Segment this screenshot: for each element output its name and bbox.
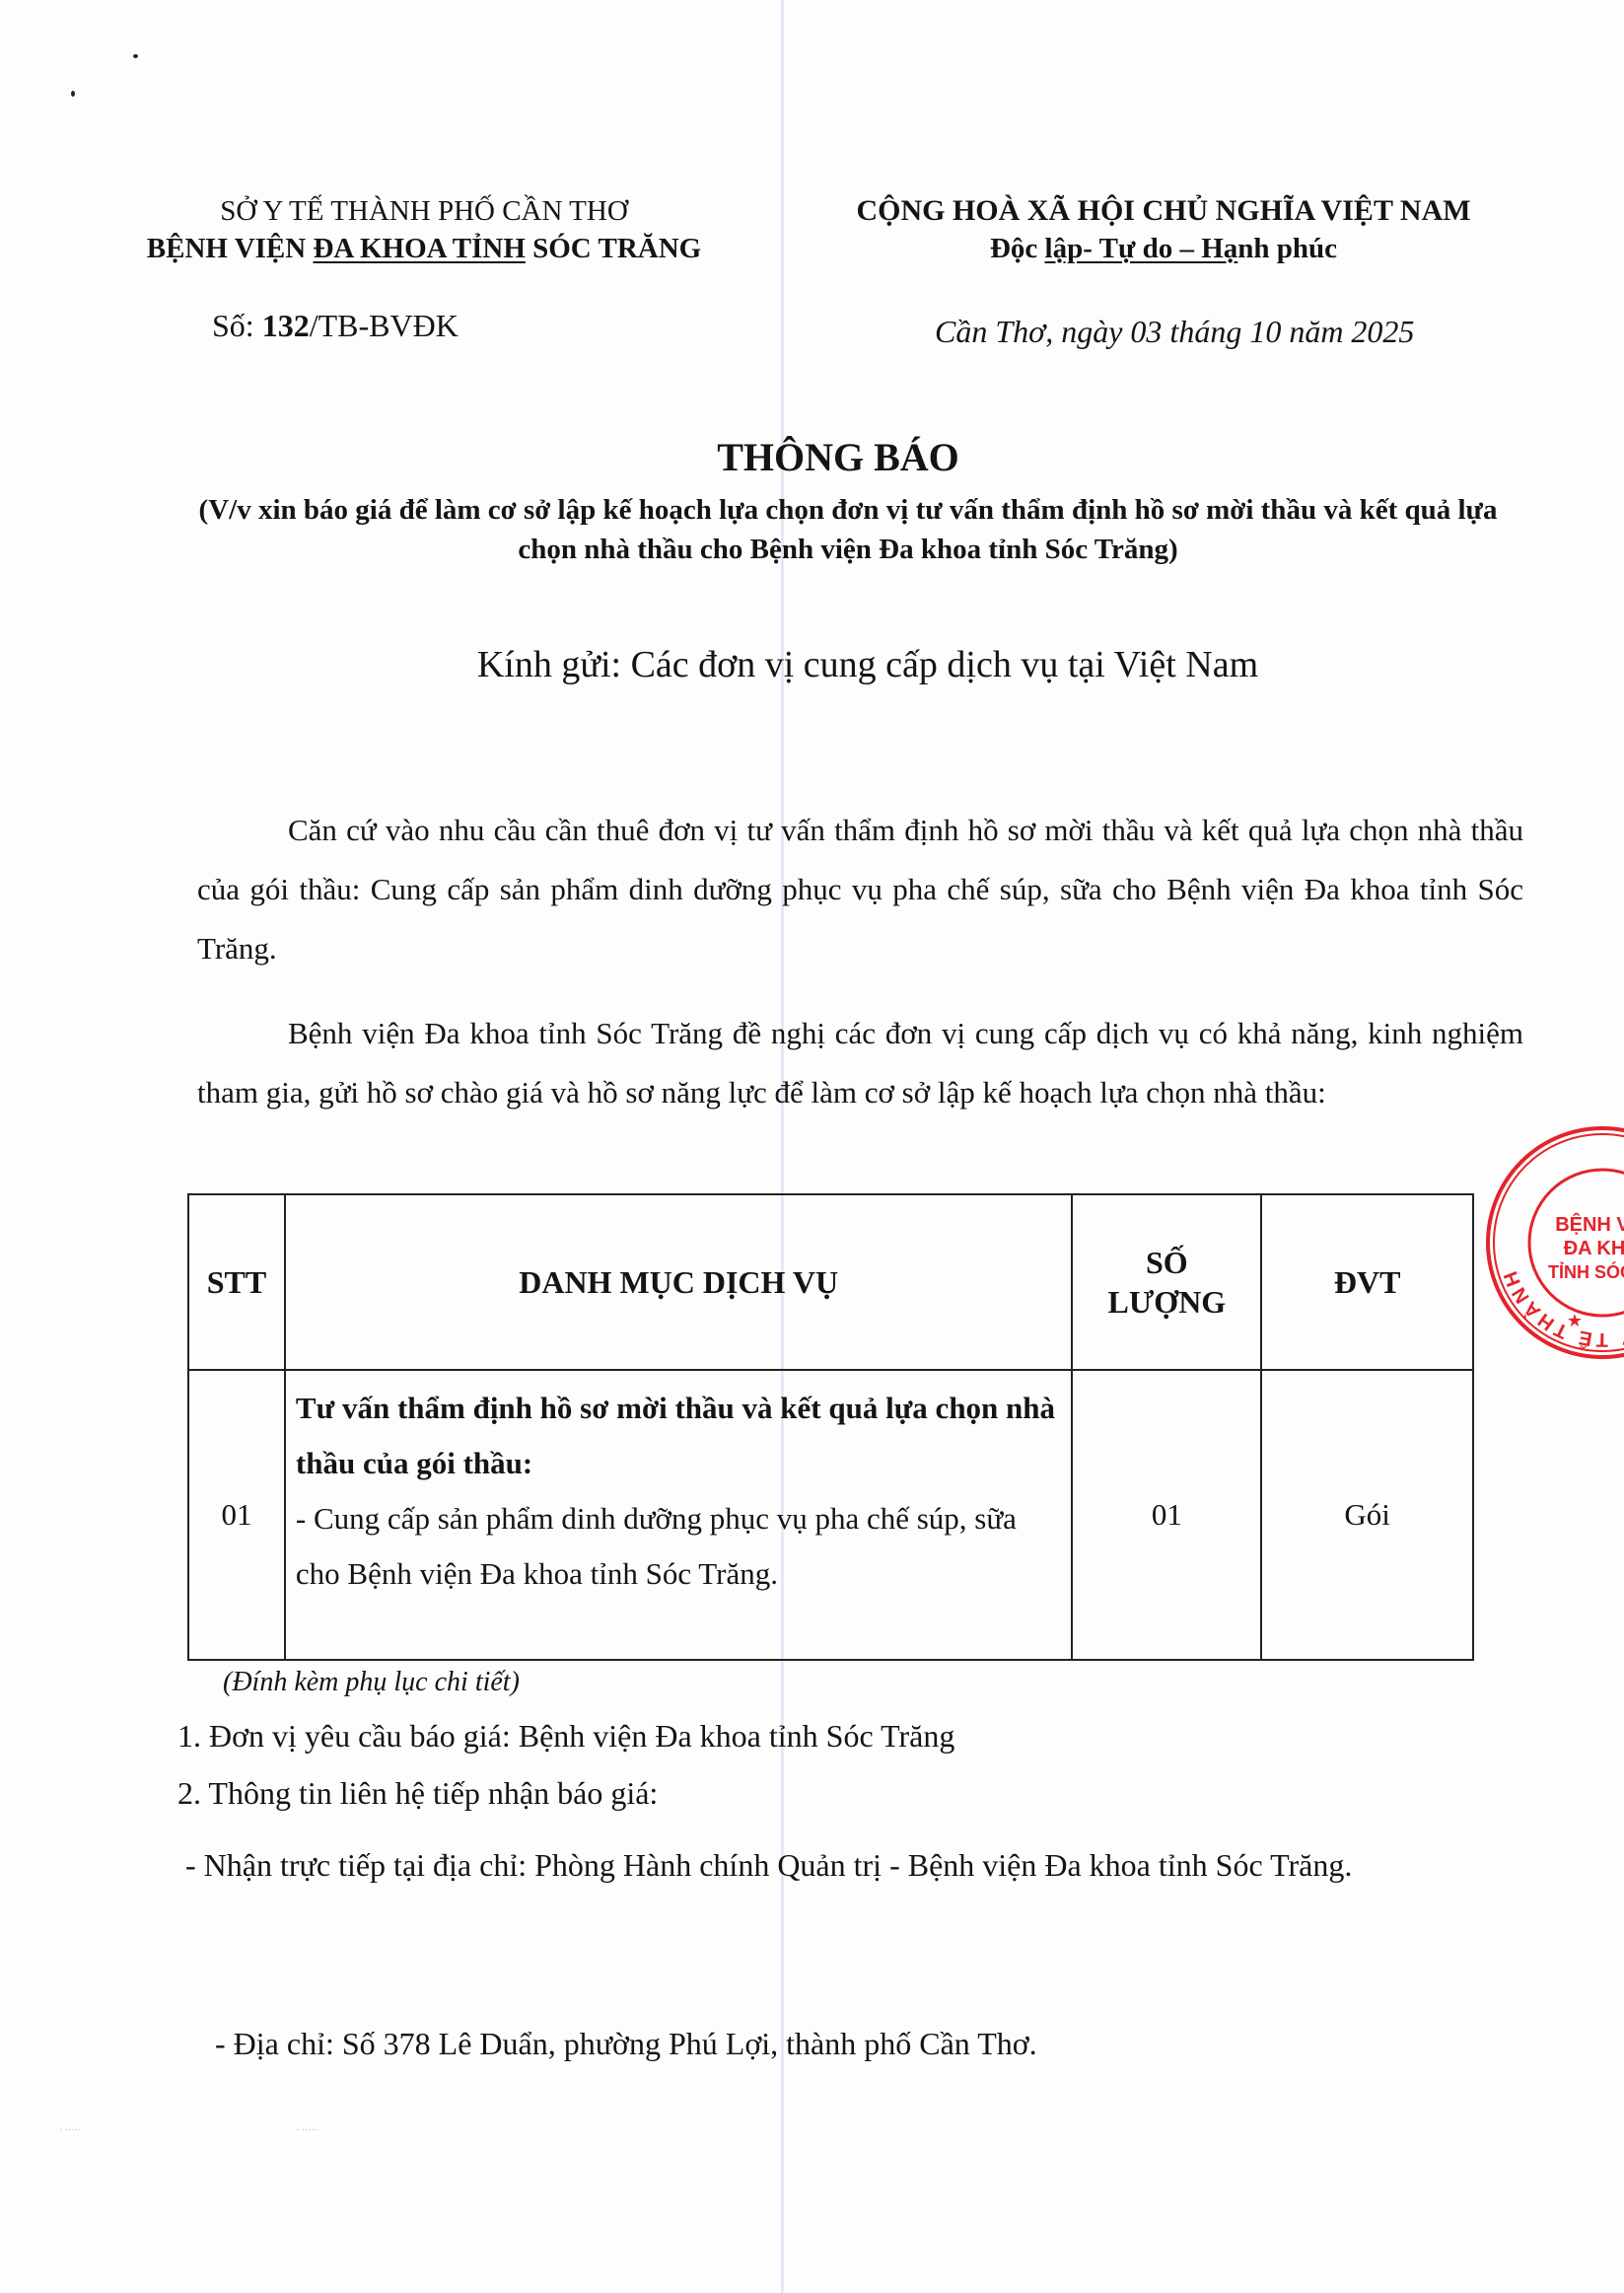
issuer-hospital: BỆNH VIỆN ĐA KHOA TỈNH SÓC TRĂNG [99, 230, 749, 267]
national-motto: Độc lập- Tự do – Hạnh phúc [779, 230, 1548, 267]
attachment-note: (Đính kèm phụ lục chi tiết) [223, 1667, 520, 1698]
recipient-greeting: Kính gửi: Các đơn vị cung cấp dịch vụ tạ… [177, 643, 1558, 686]
table-header-row: STT DANH MỤC DỊCH VỤ SỐ LƯỢNG ĐVT [188, 1194, 1473, 1370]
paragraph-request: Bệnh viện Đa khoa tỉnh Sóc Trăng đề nghị… [197, 1004, 1523, 1122]
document-subject: (V/v xin báo giá để làm cơ sở lập kế hoạ… [177, 490, 1518, 569]
table-row: 01 Tư vấn thẩm định hồ sơ mời thầu và kế… [188, 1370, 1473, 1660]
service-title: Tư vấn thẩm định hồ sơ mời thầu và kết q… [296, 1381, 1061, 1491]
scan-speck [71, 91, 75, 97]
scan-speck [133, 54, 138, 58]
document-title: THÔNG BÁO [148, 434, 1528, 480]
col-header-stt: STT [188, 1194, 285, 1370]
svg-text:BỆNH V: BỆNH V [1555, 1212, 1624, 1236]
issuer-header: SỞ Y TẾ THÀNH PHỐ CẦN THƠ BỆNH VIỆN ĐA K… [99, 192, 749, 267]
service-table: STT DANH MỤC DỊCH VỤ SỐ LƯỢNG ĐVT 01 Tư … [187, 1193, 1474, 1661]
scan-fold-line [781, 0, 784, 2293]
list-item-requester: 1. Đơn vị yêu cầu báo giá: Bệnh viện Đa … [177, 1718, 954, 1755]
svg-text:ĐA KH: ĐA KH [1564, 1238, 1624, 1259]
national-header: CỘNG HOÀ XÃ HỘI CHỦ NGHĨA VIỆT NAM Độc l… [779, 192, 1548, 267]
col-header-quantity: SỐ LƯỢNG [1072, 1194, 1261, 1370]
scan-artifact: · ····· [296, 2125, 318, 2136]
contact-address: - Địa chỉ: Số 378 Lê Duẩn, phường Phú Lợ… [215, 2026, 1037, 2062]
cell-quantity: 01 [1072, 1370, 1261, 1660]
cell-service: Tư vấn thẩm định hồ sơ mời thầu và kết q… [285, 1370, 1072, 1660]
national-title: CỘNG HOÀ XÃ HỘI CHỦ NGHĨA VIỆT NAM [779, 192, 1548, 230]
contact-direct: - Nhận trực tiếp tại địa chỉ: Phòng Hành… [185, 1836, 1512, 1894]
col-header-service: DANH MỤC DỊCH VỤ [285, 1194, 1072, 1370]
issuer-department: SỞ Y TẾ THÀNH PHỐ CẦN THƠ [99, 192, 749, 230]
service-detail: - Cung cấp sản phẩm dinh dưỡng phục vụ p… [296, 1501, 1017, 1591]
list-item-contact: 2. Thông tin liên hệ tiếp nhận báo giá: [177, 1775, 658, 1812]
scan-artifact: · ····· [59, 2125, 81, 2136]
paragraph-basis: Căn cứ vào nhu cầu cần thuê đơn vị tư vấ… [197, 801, 1523, 978]
document-date: Cần Thơ, ngày 03 tháng 10 năm 2025 [935, 314, 1414, 350]
col-header-unit: ĐVT [1261, 1194, 1473, 1370]
cell-stt: 01 [188, 1370, 285, 1660]
svg-text:TỈNH SÓC T: TỈNH SÓC T [1548, 1261, 1624, 1282]
document-number: Số: 132/TB-BVĐK [212, 308, 459, 344]
cell-unit: Gói [1261, 1370, 1473, 1660]
svg-text:★: ★ [1567, 1311, 1583, 1331]
official-seal-icon: SỞ Y TẾ THÀNH BỆNH V ĐA KH TỈNH SÓC T ★ [1484, 1124, 1624, 1361]
